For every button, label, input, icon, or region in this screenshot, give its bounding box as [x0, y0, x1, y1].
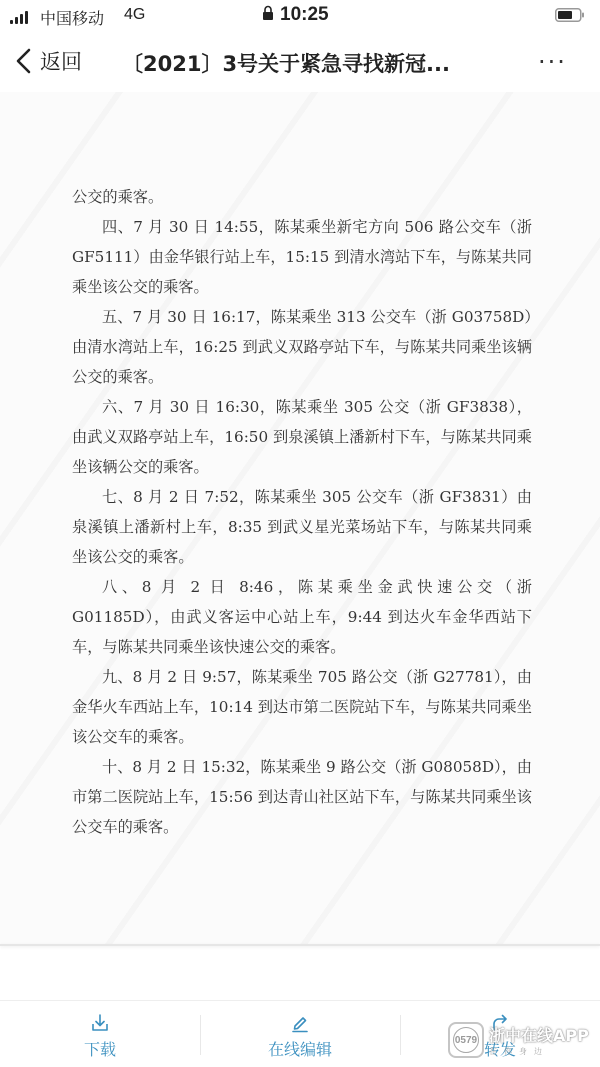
chevron-left-icon [14, 48, 32, 74]
online-edit-label: 在线编辑 [268, 1037, 332, 1060]
online-edit-button[interactable]: 在线编辑 [200, 1001, 400, 1067]
network-type: 4G [124, 6, 145, 24]
page-divider [0, 944, 600, 946]
watermark-subtitle: 在你身边 [489, 1046, 589, 1057]
watermark-text: 浙中在线APP 在你身边 [489, 1023, 589, 1057]
watermark-logo-icon: 0579 [448, 1022, 484, 1058]
signal-icon [10, 10, 28, 24]
page-title: 〔2021〕3号关于紧急寻找新冠... [122, 48, 450, 78]
download-label: 下载 [84, 1037, 116, 1060]
doc-paragraph: 八、8 月 2 日 8:46，陈某乘坐金武快速公交（浙 G01185D），由武义… [72, 572, 532, 662]
download-button[interactable]: 下载 [0, 1001, 200, 1067]
document-body: 公交的乘客。 四、7 月 30 日 14:55，陈某乘坐新宅方向 506 路公交… [72, 182, 532, 842]
status-bar: 中国移动 4G 10:25 [0, 0, 600, 34]
download-icon [90, 1013, 110, 1033]
doc-paragraph: 六、7 月 30 日 16:30，陈某乘坐 305 公交（浙 GF3838），由… [72, 392, 532, 482]
doc-paragraph: 七、8 月 2 日 7:52，陈某乘坐 305 公交车（浙 GF3831）由泉溪… [72, 482, 532, 572]
clock: 10:25 [280, 4, 329, 26]
doc-paragraph: 五、7 月 30 日 16:17，陈某乘坐 313 公交车（浙 G03758D）… [72, 302, 532, 392]
carrier-name: 中国移动 [40, 6, 104, 29]
app-watermark: 0579 浙中在线APP 在你身边 [448, 1018, 596, 1062]
document-viewer[interactable]: 公交的乘客。 四、7 月 30 日 14:55，陈某乘坐新宅方向 506 路公交… [0, 92, 600, 945]
nav-bar: 返回 〔2021〕3号关于紧急寻找新冠... ··· [0, 38, 600, 88]
doc-paragraph: 九、8 月 2 日 9:57，陈某乘坐 705 路公交（浙 G27781），由金… [72, 662, 532, 752]
battery-icon [555, 8, 585, 22]
doc-paragraph: 公交的乘客。 [72, 182, 532, 212]
watermark-title: 浙中在线APP [489, 1023, 589, 1046]
back-label: 返回 [40, 46, 82, 76]
watermark-logo-text: 0579 [453, 1027, 479, 1053]
more-options-button[interactable]: ··· [538, 48, 567, 76]
doc-paragraph: 十、8 月 2 日 15:32，陈某乘坐 9 路公交（浙 G08058D），由市… [72, 752, 532, 842]
lock-icon [262, 5, 274, 21]
back-button[interactable]: 返回 [14, 46, 82, 76]
doc-paragraph: 四、7 月 30 日 14:55，陈某乘坐新宅方向 506 路公交车（浙 GF5… [72, 212, 532, 302]
pencil-icon [290, 1013, 310, 1033]
